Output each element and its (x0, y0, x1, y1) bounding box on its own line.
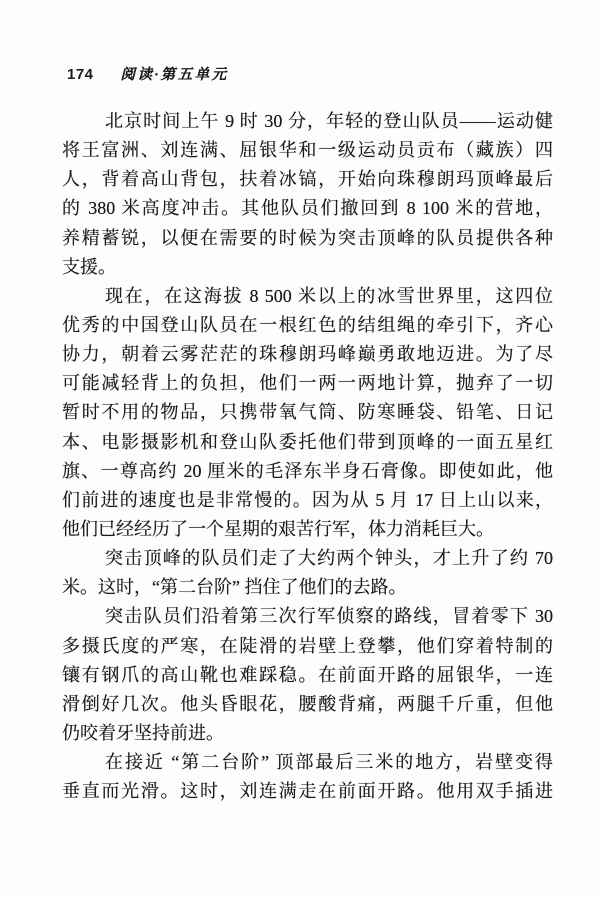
text-line: 突击顶峰的队员们走了大约两个钟头，才上升了约 70 (62, 544, 553, 573)
text-line: 突击队员们沿着第三次行军侦察的路线，冒着零下 30 (62, 602, 553, 631)
text-line: 支援。 (62, 253, 553, 282)
text-line: 镶有钢爪的高山靴也难踩稳。在前面开路的屈银华，一连 (62, 661, 553, 690)
book-page: 174 阅读·第五单元 北京时间上午 9 时 30 分，年轻的登山队员——运动健… (0, 0, 600, 899)
text-line: 他们已经经历了一个星期的艰苦行军，体力消耗巨大。 (62, 515, 553, 544)
text-line: 优秀的中国登山队员在一根红色的结组绳的牵引下，齐心 (62, 311, 553, 340)
text-line: 的 380 米高度冲击。其他队员们撤回到 8 100 米的营地， (62, 194, 553, 223)
text-line: 现在，在这海拔 8 500 米以上的冰雪世界里，这四位 (62, 282, 553, 311)
article-body: 北京时间上午 9 时 30 分，年轻的登山队员——运动健将王富洲、刘连满、屈银华… (62, 107, 553, 806)
text-line: 将王富洲、刘连满、屈银华和一级运动员贡布（藏族）四 (62, 136, 553, 165)
page-number: 174 (67, 66, 94, 83)
text-line: 本、电影摄影机和登山队委托他们带到顶峰的一面五星红 (62, 428, 553, 457)
text-line: 旗、一尊高约 20 厘米的毛泽东半身石膏像。即使如此，他 (62, 457, 553, 486)
text-line: 养精蓄锐，以便在需要的时候为突击顶峰的队员提供各种 (62, 224, 553, 253)
text-line: 在接近 “第二台阶” 顶部最后三米的地方，岩壁变得 (62, 748, 553, 777)
text-line: 滑倒好几次。他头昏眼花，腰酸背痛，两腿千斤重，但他 (62, 690, 553, 719)
text-line: 北京时间上午 9 时 30 分，年轻的登山队员——运动健 (62, 107, 553, 136)
text-line: 暂时不用的物品，只携带氧气筒、防寒睡袋、铅笔、日记 (62, 398, 553, 427)
text-line: 米。这时，“第二台阶” 挡住了他们的去路。 (62, 573, 553, 602)
text-line: 多摄氏度的严寒，在陡滑的岩壁上登攀，他们穿着特制的 (62, 632, 553, 661)
text-line: 可能减轻背上的负担，他们一两一两地计算，抛弃了一切 (62, 369, 553, 398)
page-header: 174 阅读·第五单元 (67, 63, 229, 84)
text-line: 垂直而光滑。这时，刘连满走在前面开路。他用双手插进 (62, 777, 553, 806)
text-line: 们前进的速度也是非常慢的。因为从 5 月 17 日上山以来， (62, 486, 553, 515)
text-line: 仍咬着牙坚持前进。 (62, 719, 553, 748)
text-line: 人，背着高山背包，扶着冰镐，开始向珠穆朗玛顶峰最后 (62, 165, 553, 194)
section-title: 阅读·第五单元 (121, 63, 229, 84)
text-line: 协力，朝着云雾茫茫的珠穆朗玛峰巅勇敢地迈进。为了尽 (62, 340, 553, 369)
